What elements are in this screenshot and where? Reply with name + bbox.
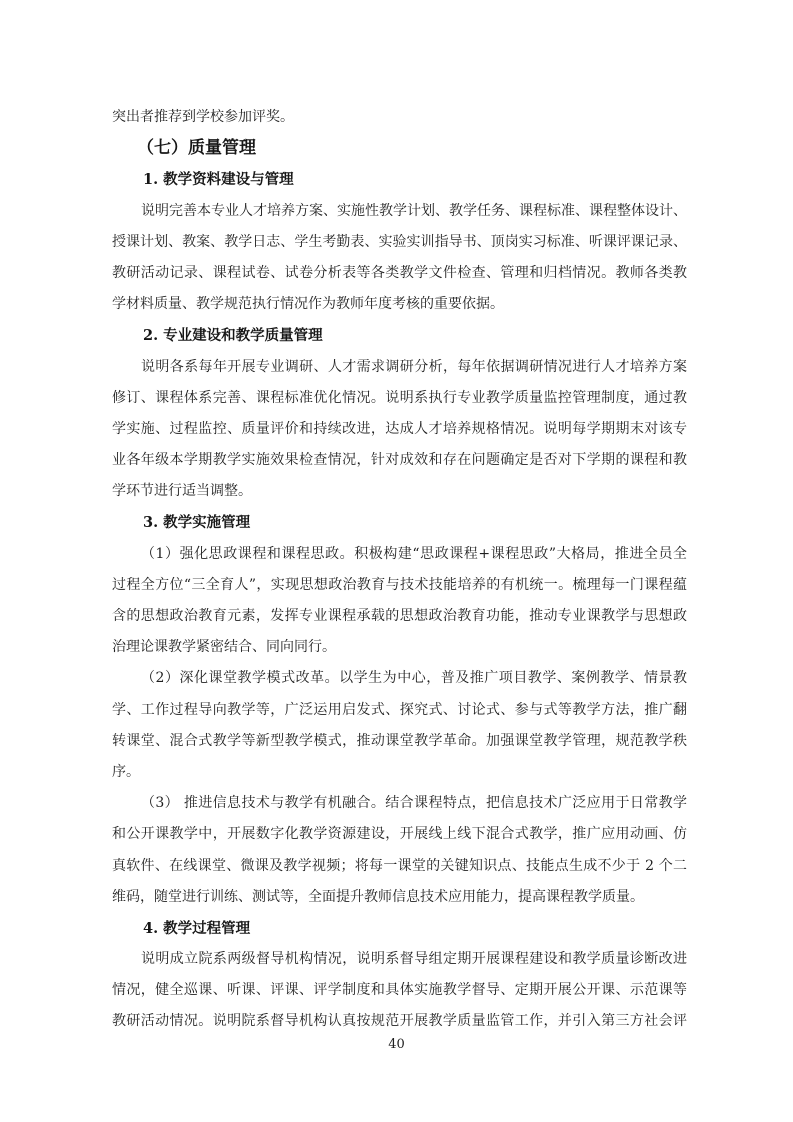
document-content: 突出者推荐到学校参加评奖。 （七）质量管理 1. 教学资料建设与管理 说明完善本… xyxy=(112,102,687,1038)
paragraph-line: （1）强化思政课程和课程思政。积极构建“思政课程+课程思政”大格局，推进全员全 xyxy=(112,539,687,570)
paragraph-line: 学环节进行适当调整。 xyxy=(112,476,687,507)
paragraph-line: 治理论课教学紧密结合、同向同行。 xyxy=(112,632,687,663)
paragraph-line: 说明成立院系两级督导机构情况，说明系督导组定期开展课程建设和教学质量诊断改进 xyxy=(112,944,687,975)
paragraph-line: 突出者推荐到学校参加评奖。 xyxy=(112,102,687,133)
page-number: 40 xyxy=(0,1032,793,1058)
paragraph-line: 说明完善本专业人才培养方案、实施性教学计划、教学任务、课程标准、课程整体设计、 xyxy=(112,196,687,227)
paragraph-line: 学实施、过程监控、质量评价和持续改进，达成人才培养规格情况。说明每学期期末对该专 xyxy=(112,414,687,445)
subsection-heading-1: 1. 教学资料建设与管理 xyxy=(112,164,687,195)
document-page: 突出者推荐到学校参加评奖。 （七）质量管理 1. 教学资料建设与管理 说明完善本… xyxy=(0,0,793,1122)
paragraph-line: 和公开课教学中，开展数字化教学资源建设，开展线上线下混合式教学，推广应用动画、仿 xyxy=(112,819,687,850)
paragraph-line: 情况，健全巡课、听课、评课、评学制度和具体实施教学督导、定期开展公开课、示范课等 xyxy=(112,975,687,1006)
paragraph-line: 转课堂、混合式教学等新型教学模式，推动课堂教学革命。加强课堂教学管理，规范教学秩 xyxy=(112,726,687,757)
paragraph-line: 维码，随堂进行训练、测试等，全面提升教师信息技术应用能力，提高课程教学质量。 xyxy=(112,882,687,913)
paragraph-line: 学材料质量、教学规范执行情况作为教师年度考核的重要依据。 xyxy=(112,289,687,320)
paragraph-line: 说明各系每年开展专业调研、人才需求调研分析，每年依据调研情况进行人才培养方案 xyxy=(112,352,687,383)
subsection-heading-3: 3. 教学实施管理 xyxy=(112,507,687,538)
paragraph-line: （2）深化课堂教学模式改革。以学生为中心，普及推广项目教学、案例教学、情景教 xyxy=(112,663,687,694)
subsection-heading-4: 4. 教学过程管理 xyxy=(112,913,687,944)
paragraph-line: 教研活动记录、课程试卷、试卷分析表等各类教学文件检查、管理和归档情况。教师各类教 xyxy=(112,258,687,289)
paragraph-line: 业各年级本学期教学实施效果检查情况，针对成效和存在问题确定是否对下学期的课程和教 xyxy=(112,445,687,476)
paragraph-line: 含的思想政治教育元素，发挥专业课程承载的思想政治教育功能，推动专业课教学与思想政 xyxy=(112,601,687,632)
paragraph-line: 过程全方位“三全育人”，实现思想政治教育与技术技能培养的有机统一。梳理每一门课程… xyxy=(112,570,687,601)
paragraph-line: 授课计划、教案、教学日志、学生考勤表、实验实训指导书、顶岗实习标准、听课评课记录… xyxy=(112,227,687,258)
paragraph-line: 真软件、在线课堂、微课及教学视频；将每一课堂的关键知识点、技能点生成不少于 2 … xyxy=(112,851,687,882)
paragraph-line: （3） 推进信息技术与教学有机融合。结合课程特点，把信息技术广泛应用于日常教学 xyxy=(112,788,687,819)
subsection-heading-2: 2. 专业建设和教学质量管理 xyxy=(112,320,687,351)
paragraph-line: 修订、课程体系完善、课程标准优化情况。说明系执行专业教学质量监控管理制度，通过教 xyxy=(112,383,687,414)
paragraph-line: 学、工作过程导向教学等，广泛运用启发式、探究式、讨论式、参与式等教学方法，推广翻 xyxy=(112,695,687,726)
section-heading: （七）质量管理 xyxy=(112,133,687,164)
paragraph-line: 序。 xyxy=(112,757,687,788)
